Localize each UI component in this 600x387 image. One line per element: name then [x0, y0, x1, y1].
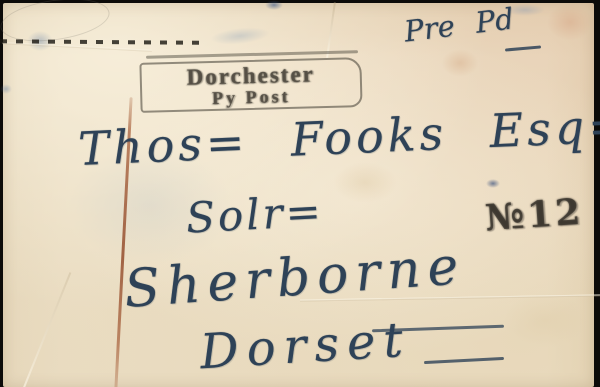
blue-ink-dot	[265, 0, 283, 10]
rust-stain	[440, 48, 480, 78]
blue-ink-dab	[486, 179, 500, 188]
tan-stain	[330, 160, 400, 205]
letter-cover-photo: Dorchester Py Post Pre Pd №12 Thos= Fook…	[0, 0, 600, 387]
dorchester-penny-post-handstamp: Dorchester Py Post	[139, 57, 362, 113]
postmark-penny-post-label: Py Post	[212, 87, 291, 107]
blue-ink-dot	[0, 84, 12, 94]
postmark-town-name: Dorchester	[186, 62, 315, 89]
rust-stain	[545, 2, 595, 42]
tan-stain	[500, 290, 590, 350]
address-line-solicitor: Solr=	[185, 186, 325, 242]
number-12-handstamp: №12	[484, 191, 585, 240]
